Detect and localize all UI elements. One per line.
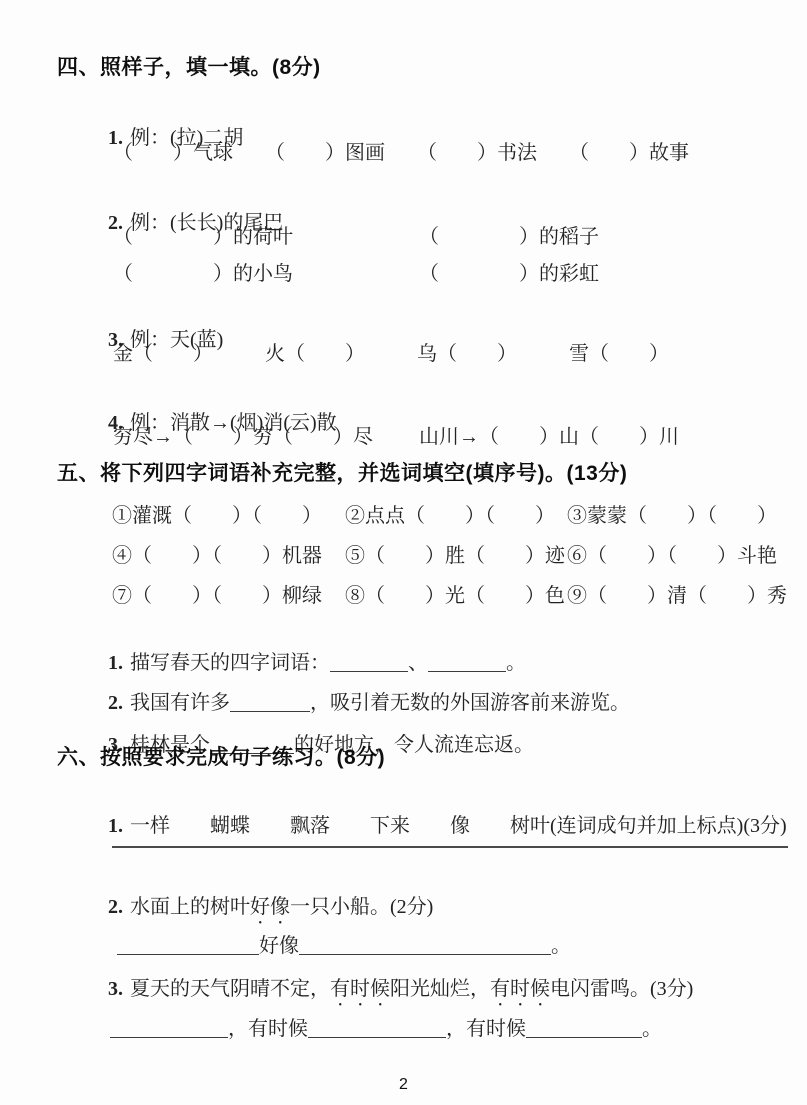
fill-group: 火（ ） <box>265 341 417 367</box>
idiom-blank: ⑧（ ）光（ ）色 <box>345 583 567 609</box>
section4-q4-fill-row: 穷尽→（ ）穷（ ）尽 山川→（ ）山（ ）川 <box>113 424 679 450</box>
section6-q3-answer-period: 。 <box>642 1018 662 1040</box>
answer-blank <box>308 1018 446 1038</box>
section4-q3-example: 3.例：天(蓝) <box>88 301 223 379</box>
section5-idiom-row-1: ①灌溉（ ）（ ） ②点点（ ）（ ） ③蒙蒙（ ）（ ） <box>112 503 777 529</box>
fill-group: （ ）图画 <box>265 140 417 166</box>
section4-q2-fill-row-2: （ ）的小鸟 （ ）的彩虹 <box>113 261 599 287</box>
idiom-blank: ②点点（ ）（ ） <box>345 503 567 529</box>
fill-group: （ ）的稻子 <box>419 224 599 250</box>
section6-q3-answer-line: ，有时候，有时候。 <box>90 990 662 1068</box>
worksheet-page: 四、照样子，填一填。(8分) 1.例：(拉)二胡 （ ）气球 （ ）图画 （ ）… <box>0 0 807 1105</box>
idiom-blank: ⑦（ ）（ ）柳绿 <box>112 583 345 609</box>
idiom-blank: ⑨（ ）清（ ）秀 <box>567 583 787 609</box>
fill-group: 山川→（ ）山（ ）川 <box>419 424 679 450</box>
fill-group: （ ）书法 <box>417 140 569 166</box>
answer-blank <box>110 1018 228 1038</box>
answer-line-full <box>112 828 788 848</box>
fill-group: 乌（ ） <box>417 341 569 367</box>
section4-heading: 四、照样子，填一填。(8分) <box>57 55 321 81</box>
section4-q2-fill-row-1: （ ）的荷叶 （ ）的稻子 <box>113 224 599 250</box>
idiom-blank: ①灌溉（ ）（ ） <box>112 503 345 529</box>
fill-group: （ ）的小鸟 <box>113 261 419 287</box>
section6-q3-answer-mid1: ，有时候 <box>228 1018 308 1040</box>
section4-q3-fill-row: 金（ ） 火（ ） 乌（ ） 雪（ ） <box>113 341 669 367</box>
section4-q2-example: 2.例：(长长)的尾巴 <box>88 184 283 262</box>
fill-group: 雪（ ） <box>569 341 669 367</box>
page-number: 2 <box>0 1076 807 1094</box>
idiom-blank: ③蒙蒙（ ）（ ） <box>567 503 777 529</box>
fill-group: 金（ ） <box>113 341 265 367</box>
section6-q1: 1.一样 蝴蝶 飘落 下来 像 树叶(连词成句并加上标点)(3分) <box>88 787 787 865</box>
fill-group: （ ）气球 <box>113 140 265 166</box>
section5-idiom-row-2: ④（ ）（ ）机器 ⑤（ ）胜（ ）迹 ⑥（ ）（ ）斗艳 <box>112 543 777 569</box>
fill-group: 穷尽→（ ）穷（ ）尽 <box>113 424 419 450</box>
section4-q4-example: 4.例：消散→(烟)消(云)散 <box>88 384 337 462</box>
section6-heading: 六、按照要求完成句子练习。(8分) <box>57 745 385 771</box>
fill-group: （ ）的荷叶 <box>113 224 419 250</box>
idiom-blank: ④（ ）（ ）机器 <box>112 543 345 569</box>
answer-blank <box>526 1018 642 1038</box>
fill-group: （ ）故事 <box>569 140 689 166</box>
section6-q3-answer-mid2: ，有时候 <box>446 1018 526 1040</box>
section5-heading: 五、将下列四字词语补充完整，并选词填空(填序号)。(13分) <box>57 461 627 487</box>
fill-group: （ ）的彩虹 <box>419 261 599 287</box>
idiom-blank: ⑤（ ）胜（ ）迹 <box>345 543 567 569</box>
section5-idiom-row-3: ⑦（ ）（ ）柳绿 ⑧（ ）光（ ）色 ⑨（ ）清（ ）秀 <box>112 583 787 609</box>
idiom-blank: ⑥（ ）（ ）斗艳 <box>567 543 777 569</box>
section4-q1-fill-row: （ ）气球 （ ）图画 （ ）书法 （ ）故事 <box>113 140 689 166</box>
